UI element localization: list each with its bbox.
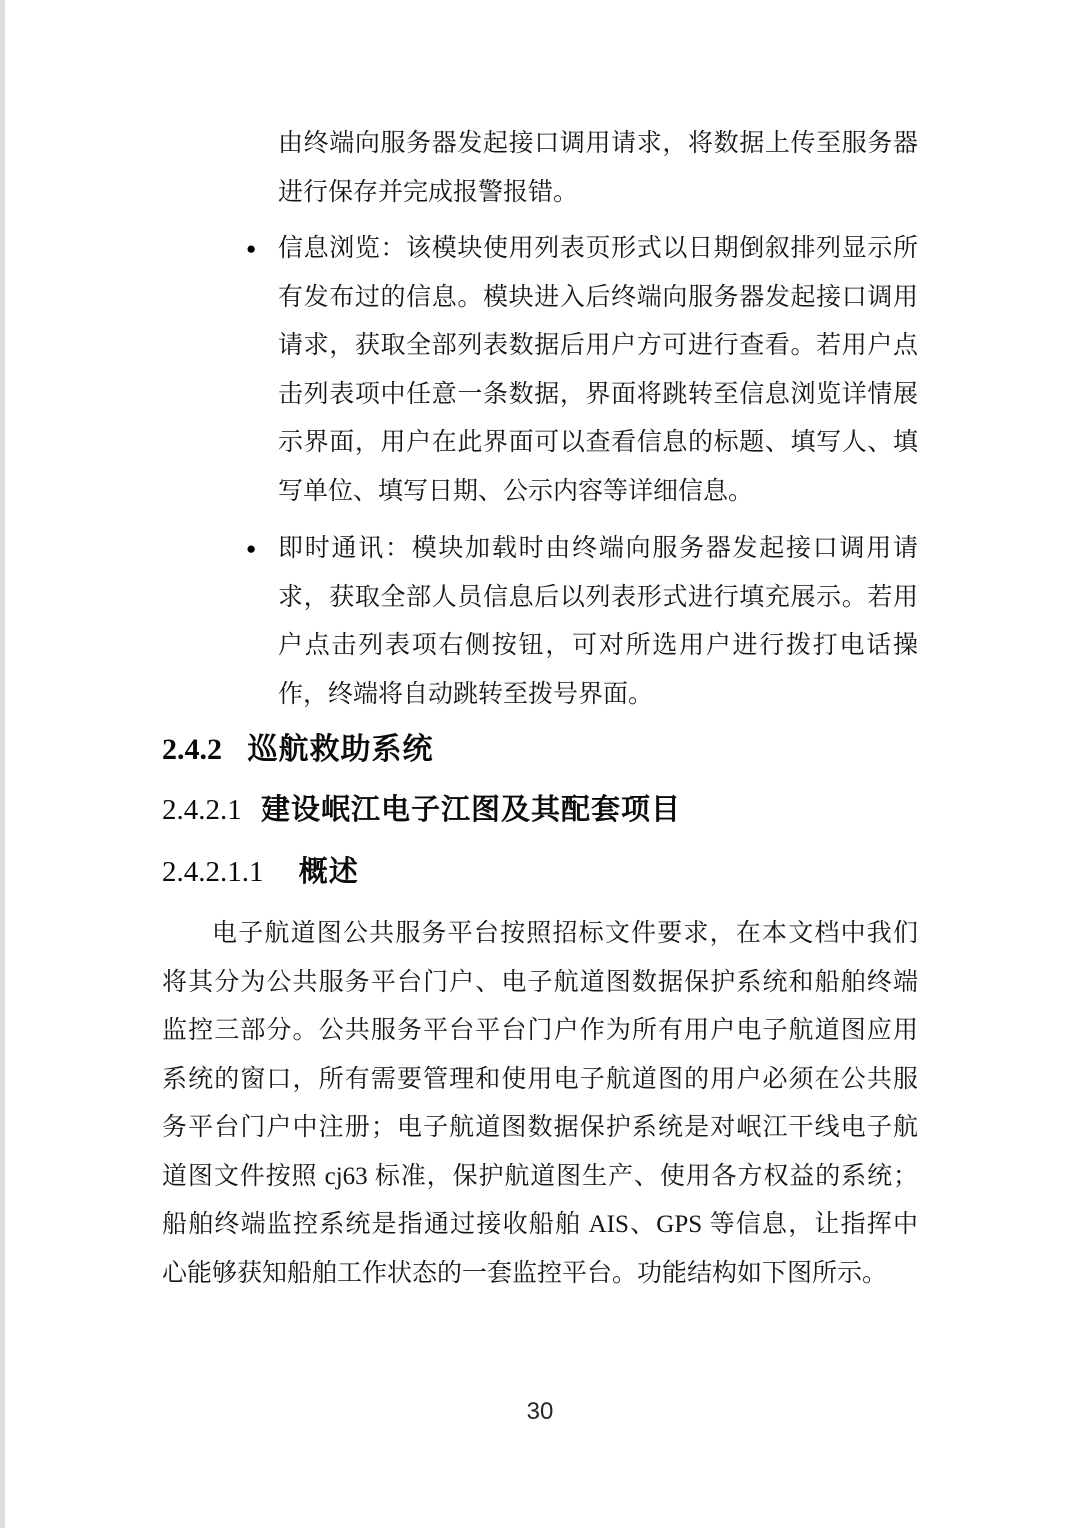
text-line: 信息浏览：该模块使用列表页形式以日期倒叙排列显示所 <box>278 225 918 274</box>
text-line: 请求，获取全部列表数据后用户方可进行查看。若用户点 <box>278 322 918 371</box>
document-page: 由终端向服务器发起接口调用请求，将数据上传至服务器 进行保存并完成报警报错。 ●… <box>0 0 1080 1528</box>
heading-title: 巡航救助系统 <box>248 733 434 766</box>
heading-minjiang-echart-project: 2.4.2.1 建设岷江电子江图及其配套项目 <box>162 790 918 830</box>
text-line: 示界面，用户在此界面可以查看信息的标题、填写人、填 <box>278 419 918 468</box>
heading-title: 概述 <box>299 856 359 888</box>
text-line: 求，获取全部人员信息后以列表形式进行填充展示。若用 <box>278 574 918 623</box>
text-line: 即时通讯：模块加载时由终端向服务器发起接口调用请 <box>278 525 918 574</box>
text-line: 户点击列表项右侧按钮，可对所选用户进行拨打电话操 <box>278 622 918 671</box>
bullet-icon: ● <box>246 225 256 274</box>
heading-overview: 2.4.2.1.1 概述 <box>162 852 918 892</box>
list-item-continuation: 由终端向服务器发起接口调用请求，将数据上传至服务器 进行保存并完成报警报错。 <box>162 120 918 217</box>
page-number: 30 <box>0 1398 1080 1426</box>
text-line: 监控三部分。公共服务平台平台门户作为所有用户电子航道图应用 <box>162 1007 918 1056</box>
page-content: 由终端向服务器发起接口调用请求，将数据上传至服务器 进行保存并完成报警报错。 ●… <box>162 120 918 1298</box>
text-line: 写单位、填写日期、公示内容等详细信息。 <box>278 468 918 517</box>
text-line: 船舶终端监控系统是指通过接收船舶 AIS、GPS 等信息，让指挥中 <box>162 1201 918 1250</box>
overview-paragraph: 电子航道图公共服务平台按照招标文件要求，在本文档中我们 将其分为公共服务平台门户… <box>162 910 918 1298</box>
page-edge-shadow <box>0 0 5 1528</box>
text-line: 由终端向服务器发起接口调用请求，将数据上传至服务器 <box>278 120 918 169</box>
heading-title: 建设岷江电子江图及其配套项目 <box>261 794 681 826</box>
text-line: 进行保存并完成报警报错。 <box>278 169 918 218</box>
text-line: 有发布过的信息。模块进入后终端向服务器发起接口调用 <box>278 274 918 323</box>
heading-number: 2.4.2.1 <box>162 794 242 826</box>
text-line: 将其分为公共服务平台门户、电子航道图数据保护系统和船舶终端 <box>162 959 918 1008</box>
text-line: 作，终端将自动跳转至拨号界面。 <box>278 671 918 720</box>
list-item-info-browse: ● 信息浏览：该模块使用列表页形式以日期倒叙排列显示所 有发布过的信息。模块进入… <box>162 225 918 516</box>
text-line: 道图文件按照 cj63 标准，保护航道图生产、使用各方权益的系统； <box>162 1153 918 1202</box>
text-line: 系统的窗口，所有需要管理和使用电子航道图的用户必须在公共服 <box>162 1056 918 1105</box>
heading-number: 2.4.2 <box>162 733 222 766</box>
bullet-icon: ● <box>246 525 256 574</box>
text-line: 心能够获知船舶工作状态的一套监控平台。功能结构如下图所示。 <box>162 1250 918 1299</box>
text-line: 电子航道图公共服务平台按照招标文件要求，在本文档中我们 <box>162 910 918 959</box>
text-line: 务平台门户中注册；电子航道图数据保护系统是对岷江干线电子航 <box>162 1104 918 1153</box>
heading-number: 2.4.2.1.1 <box>162 856 264 888</box>
list-item-instant-messaging: ● 即时通讯：模块加载时由终端向服务器发起接口调用请 求，获取全部人员信息后以列… <box>162 525 918 719</box>
text-line: 击列表项中任意一条数据，界面将跳转至信息浏览详情展 <box>278 371 918 420</box>
heading-cruise-rescue-system: 2.4.2 巡航救助系统 <box>162 730 918 770</box>
